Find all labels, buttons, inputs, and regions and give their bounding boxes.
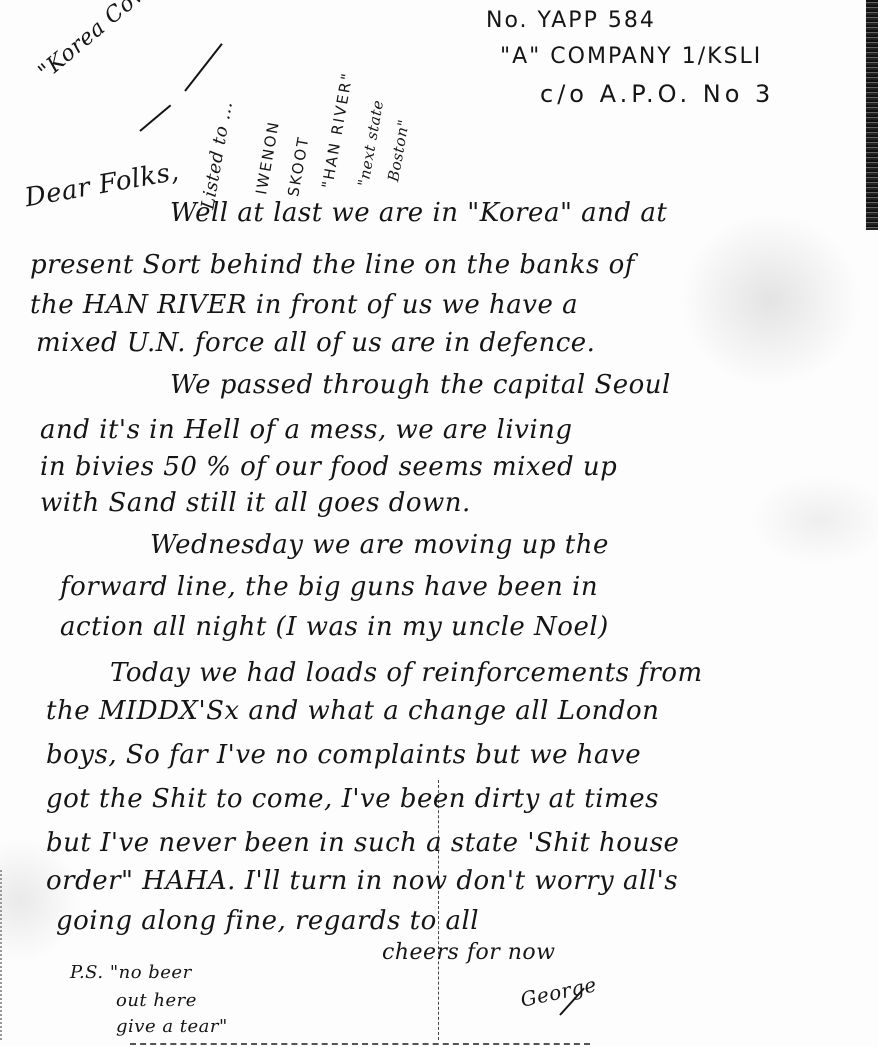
postscript-line: out here bbox=[116, 990, 197, 1011]
body-line: We passed through the capital Seoul bbox=[170, 370, 671, 400]
body-line: forward line, the big guns have been in bbox=[60, 572, 598, 602]
margin-note-boston: Boston" bbox=[384, 118, 413, 183]
body-line: going along fine, regards to all bbox=[56, 906, 479, 936]
margin-note-skoot: SKOOT bbox=[284, 134, 312, 198]
scan-edge-shadow bbox=[866, 0, 878, 230]
body-line: present Sort behind the line on the bank… bbox=[30, 250, 635, 280]
paper-bottom-edge bbox=[130, 1043, 590, 1045]
salutation: Dear Folks, bbox=[23, 157, 182, 214]
paper-left-edge bbox=[0, 870, 4, 1040]
letter-page: No. YAPP 584 "A" COMPANY 1/KSLI c/o A.P.… bbox=[0, 0, 878, 1047]
body-line: Well at last we are in "Korea" and at bbox=[170, 198, 667, 228]
body-line: in bivies 50 % of our food seems mixed u… bbox=[40, 452, 617, 482]
body-line: mixed U.N. force all of us are in defenc… bbox=[36, 328, 595, 358]
body-line: Wednesday we are moving up the bbox=[150, 530, 609, 560]
margin-note-next-state: "next state bbox=[354, 98, 387, 188]
body-line: Today we had loads of reinforcements fro… bbox=[110, 658, 703, 688]
postscript-line: give a tear" bbox=[116, 1016, 228, 1037]
address-line-company: "A" COMPANY 1/KSLI bbox=[500, 44, 762, 69]
body-line: with Sand still it all goes down. bbox=[40, 488, 471, 518]
body-line: and it's in Hell of a mess, we are livin… bbox=[40, 415, 573, 445]
margin-note-han-river: "HAN RIVER" bbox=[318, 70, 356, 190]
body-line: boys, So far I've no complaints but we h… bbox=[46, 740, 641, 770]
body-line: the MIDDX'Sx and what a change all Londo… bbox=[46, 696, 659, 726]
margin-note-iwenon: IWENON bbox=[252, 119, 283, 196]
address-line-service-number: No. YAPP 584 bbox=[486, 8, 656, 33]
margin-note-korea-cowboys: "Korea Cowboys" bbox=[34, 0, 204, 85]
margin-note-listed: Listed to ... bbox=[197, 99, 237, 211]
body-line: the HAN RIVER in front of us we have a bbox=[30, 290, 578, 320]
address-line-apo: c/o A.P.O. No 3 bbox=[540, 80, 774, 108]
margin-underline bbox=[139, 105, 171, 132]
body-line: action all night (I was in my uncle Noel… bbox=[60, 612, 609, 642]
postscript-line: P.S. "no beer bbox=[70, 962, 192, 983]
body-line: order" HAHA. I'll turn in now don't worr… bbox=[46, 866, 678, 896]
closing: cheers for now bbox=[382, 940, 555, 965]
margin-slash bbox=[184, 43, 223, 92]
body-line: but I've never been in such a state 'Shi… bbox=[46, 828, 679, 858]
body-line: got the Shit to come, I've been dirty at… bbox=[46, 784, 659, 814]
signature: George bbox=[518, 972, 598, 1011]
